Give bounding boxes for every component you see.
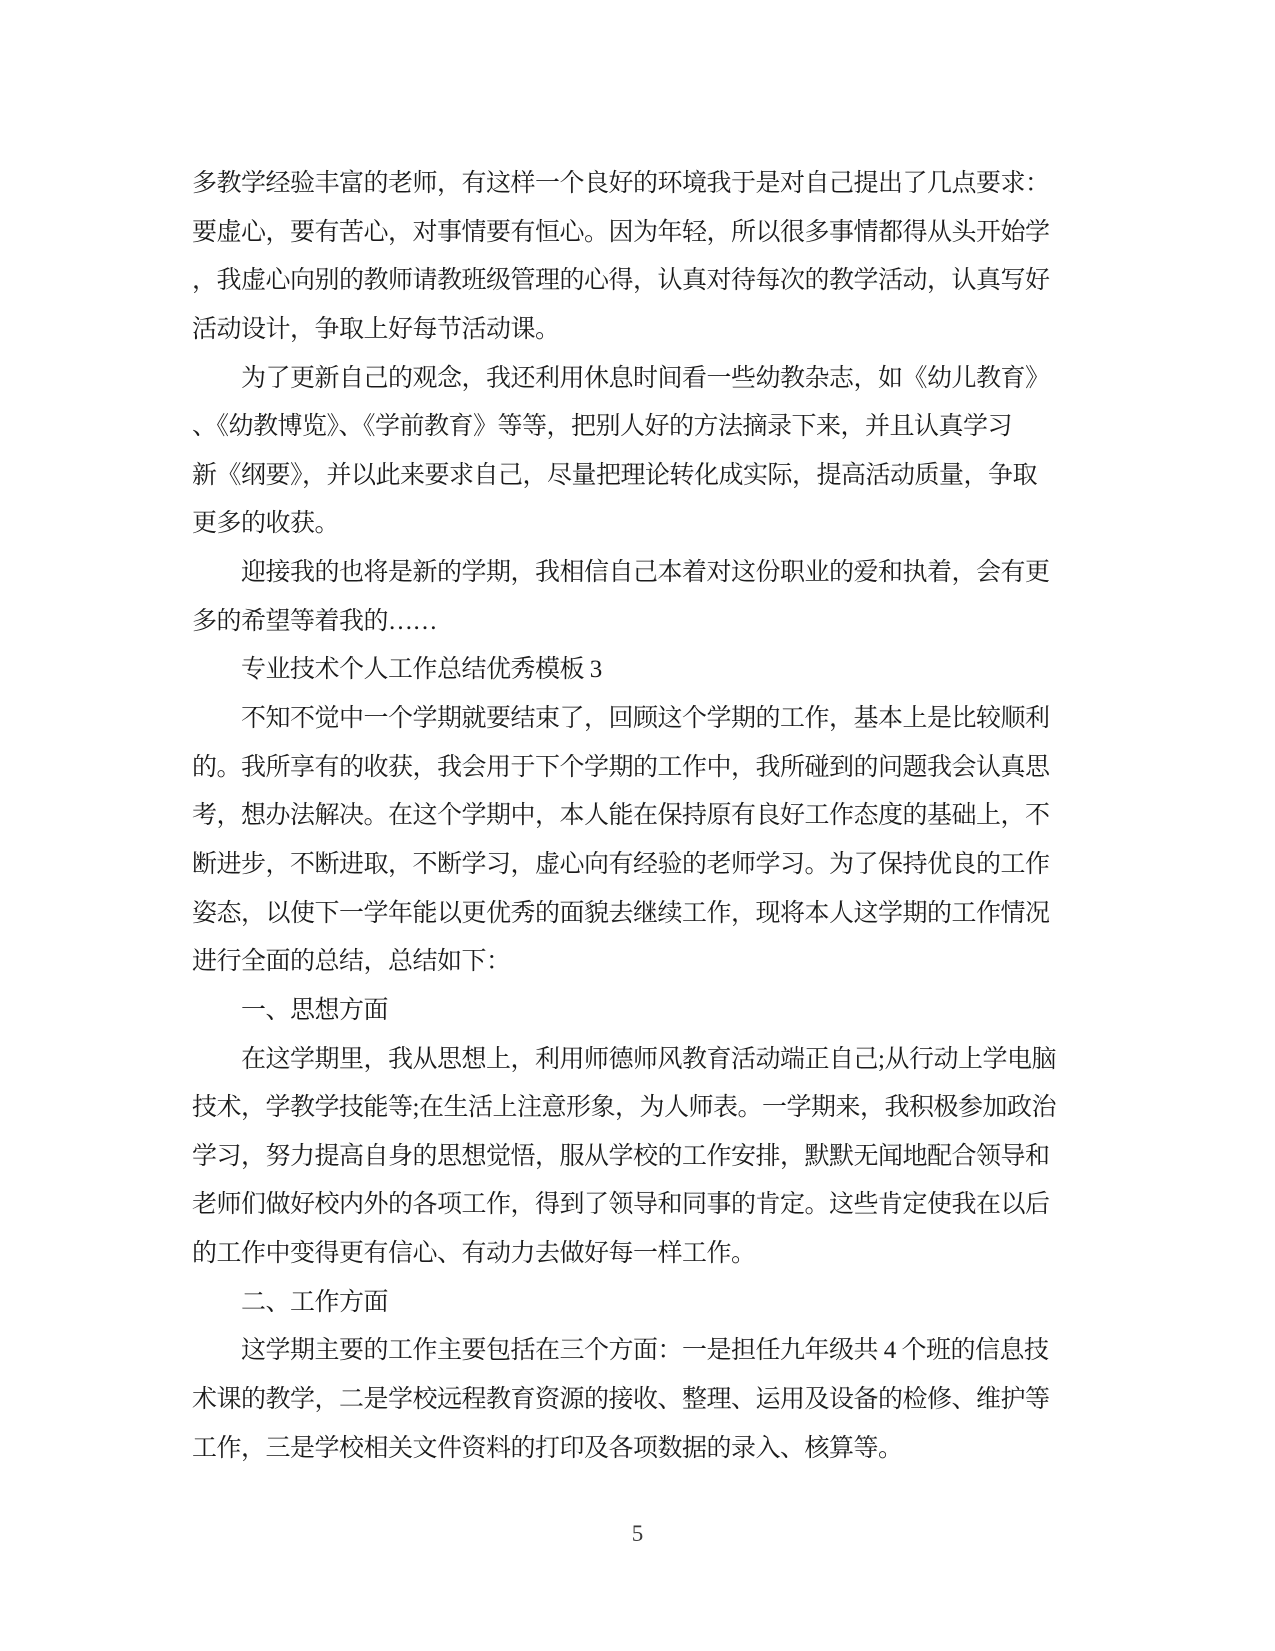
text-line: 新《纲要》，并以此来要求自己，尽量把理论转化成实际，提高活动质量，争取 bbox=[192, 452, 1058, 501]
text-line: 二、工作方面 bbox=[192, 1279, 1058, 1328]
page-number: 5 bbox=[0, 1521, 1275, 1547]
text-line: 多教学经验丰富的老师，有这样一个良好的环境我于是对自己提出了几点要求： bbox=[192, 160, 1058, 209]
text-line: 老师们做好校内外的各项工作，得到了领导和同事的肯定。这些肯定使我在以后 bbox=[192, 1181, 1058, 1230]
text-line: 考，想办法解决。在这个学期中，本人能在保持原有良好工作态度的基础上，不 bbox=[192, 792, 1058, 841]
text-line: 迎接我的也将是新的学期，我相信自己本着对这份职业的爱和执着，会有更 bbox=[192, 549, 1058, 598]
text-line: 的。我所享有的收获，我会用于下个学期的工作中，我所碰到的问题我会认真思 bbox=[192, 744, 1058, 793]
text-line: 专业技术个人工作总结优秀模板 3 bbox=[192, 646, 1058, 695]
document-body: 多教学经验丰富的老师，有这样一个良好的环境我于是对自己提出了几点要求：要虚心，要… bbox=[192, 160, 1058, 1473]
text-line: 要虚心，要有苦心，对事情要有恒心。因为年轻，所以很多事情都得从头开始学 bbox=[192, 209, 1058, 258]
text-line: 术课的教学，二是学校远程教育资源的接收、整理、运用及设备的检修、维护等 bbox=[192, 1376, 1058, 1425]
text-line: 为了更新自己的观念，我还利用休息时间看一些幼教杂志，如《幼儿教育》 bbox=[192, 355, 1058, 404]
text-line: 的工作中变得更有信心、有动力去做好每一样工作。 bbox=[192, 1230, 1058, 1279]
text-line: 一、思想方面 bbox=[192, 987, 1058, 1036]
text-line: 活动设计，争取上好每节活动课。 bbox=[192, 306, 1058, 355]
text-line: 更多的收获。 bbox=[192, 500, 1058, 549]
text-line: 、《幼教博览》、《学前教育》等等，把别人好的方法摘录下来，并且认真学习 bbox=[192, 403, 1058, 452]
text-line: 断进步，不断进取，不断学习，虚心向有经验的老师学习。为了保持优良的工作 bbox=[192, 841, 1058, 890]
text-line: 学习，努力提高自身的思想觉悟，服从学校的工作安排，默默无闻地配合领导和 bbox=[192, 1133, 1058, 1182]
text-line: ，我虚心向别的教师请教班级管理的心得，认真对待每次的教学活动，认真写好 bbox=[192, 257, 1058, 306]
text-line: 姿态，以使下一学年能以更优秀的面貌去继续工作，现将本人这学期的工作情况 bbox=[192, 890, 1058, 939]
text-line: 进行全面的总结，总结如下： bbox=[192, 938, 1058, 987]
text-line: 多的希望等着我的…… bbox=[192, 598, 1058, 647]
text-line: 这学期主要的工作主要包括在三个方面：一是担任九年级共 4 个班的信息技 bbox=[192, 1327, 1058, 1376]
document-page: 多教学经验丰富的老师，有这样一个良好的环境我于是对自己提出了几点要求：要虚心，要… bbox=[0, 0, 1275, 1651]
text-line: 不知不觉中一个学期就要结束了，回顾这个学期的工作，基本上是比较顺利 bbox=[192, 695, 1058, 744]
text-line: 工作，三是学校相关文件资料的打印及各项数据的录入、核算等。 bbox=[192, 1425, 1058, 1474]
text-line: 技术，学教学技能等;在生活上注意形象，为人师表。一学期来，我积极参加政治 bbox=[192, 1084, 1058, 1133]
text-line: 在这学期里，我从思想上，利用师德师风教育活动端正自己;从行动上学电脑 bbox=[192, 1036, 1058, 1085]
